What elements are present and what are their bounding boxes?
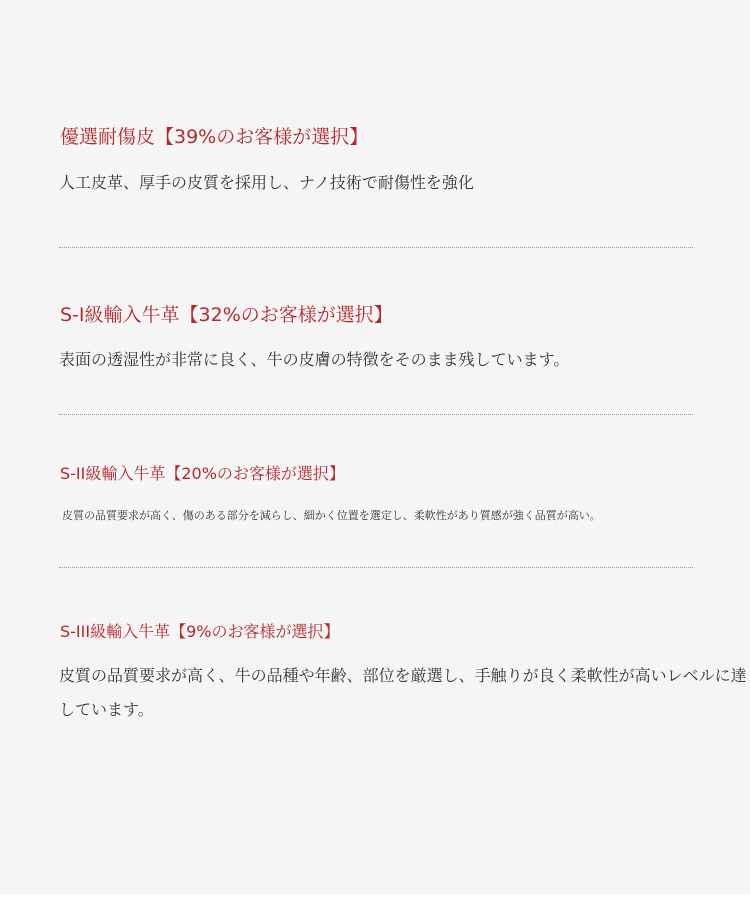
section-desc-scratch-resistant: 人工皮革、厚手の皮質を採用し、ナノ技術で耐傷性を強化 xyxy=(59,170,474,193)
leather-options-page: 優選耐傷皮【39%のお客様が選択】 人工皮革、厚手の皮質を採用し、ナノ技術で耐傷… xyxy=(0,0,750,894)
section-title-s3-leather: S-III級輸入牛革【9%のお客様が選択】 xyxy=(60,619,339,642)
dotted-divider xyxy=(59,414,693,415)
dotted-divider xyxy=(59,247,693,248)
section-title-s1-leather: S-I級輸入牛革【32%のお客様が選択】 xyxy=(60,300,393,327)
section-desc-s1-leather: 表面の透湿性が非常に良く、牛の皮膚の特徴をそのまま残しています。 xyxy=(59,347,569,370)
section-title-s2-leather: S-II級輸入牛革【20%のお客様が選択】 xyxy=(60,461,345,484)
section-title-scratch-resistant: 優選耐傷皮【39%のお客様が選択】 xyxy=(60,122,368,149)
dotted-divider xyxy=(59,567,693,568)
section-desc-s2-leather: 皮質の品質要求が高く、傷のある部分を減らし、細かく位置を選定し、柔軟性があり質感… xyxy=(62,507,601,523)
section-desc-s3-leather: 皮質の品質要求が高く、牛の品種や年齢、部位を厳選し、手触りが良く柔軟性が高いレベ… xyxy=(59,659,749,727)
